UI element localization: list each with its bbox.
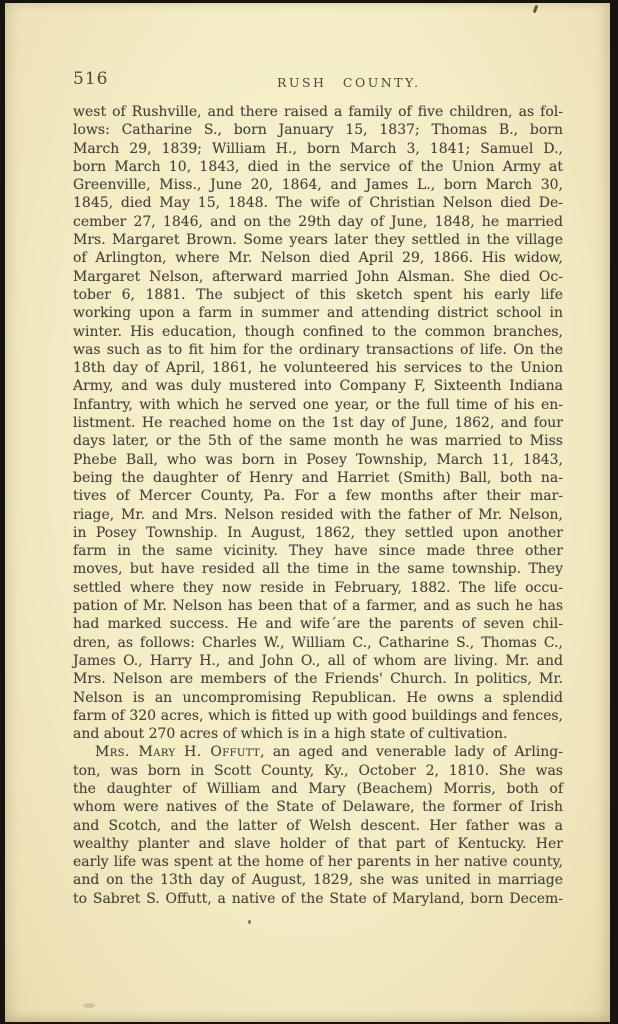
text-line: born March 10, 1843, died in the service… (73, 158, 563, 176)
scanned-book-page: 516 RUSH COUNTY. west of Rushville, and … (0, 0, 618, 1024)
page-number: 516 (73, 69, 108, 89)
ink-speck-smudge (83, 1003, 95, 1008)
text-line: moves, but have resided all the time in … (73, 560, 563, 578)
text-line: Mrs. Mary H. Offutt, an aged and venerab… (73, 743, 563, 761)
ink-speck-dot (248, 920, 251, 924)
text-line: lows: Catharine S., born January 15, 183… (73, 121, 563, 139)
text-line: Infantry, with which he served one year,… (73, 396, 563, 414)
text-line: tives of Mercer County, Pa. For a few mo… (73, 487, 563, 505)
text-line: winter. His education, though confined t… (73, 323, 563, 341)
text-line: listment. He reached home on the 1st day… (73, 414, 563, 432)
text-line: had marked success. He and wife´are the … (73, 615, 563, 633)
text-line: Army, and was duly mustered into Company… (73, 377, 563, 395)
text-line: James O., Harry H., and John O., all of … (73, 652, 563, 670)
text-line: Margaret Nelson, afterward married John … (73, 268, 563, 286)
text-line: dren, as follows: Charles W., William C.… (73, 634, 563, 652)
text-line: Phebe Ball, who was born in Posey Townsh… (73, 451, 563, 469)
text-line: ton, was born in Scott County, Ky., Octo… (73, 762, 563, 780)
text-line: the daughter of William and Mary (Beache… (73, 780, 563, 798)
text-line: and on the 13th day of August, 1829, she… (73, 871, 563, 889)
person-name-smallcaps: Mrs. Mary H. Offutt (95, 744, 260, 760)
text-line: farm in the same vicinity. They have sin… (73, 542, 563, 560)
text-line: to Sabret S. Offutt, a native of the Sta… (73, 890, 563, 908)
text-line: Mrs. Nelson are members of the Friends' … (73, 670, 563, 688)
text-line: 1845, died May 15, 1848. The wife of Chr… (73, 194, 563, 212)
text-line: being the daughter of Henry and Harriet … (73, 469, 563, 487)
paper-page: 516 RUSH COUNTY. west of Rushville, and … (5, 3, 610, 1022)
text-line: and about 270 acres of which is in a hig… (73, 725, 563, 743)
text-line: was such as to fit him for the ordinary … (73, 341, 563, 359)
text-line: in Posey Township. In August, 1862, they… (73, 524, 563, 542)
running-header-title: RUSH COUNTY. (277, 75, 421, 90)
text-line: whom were natives of the State of Delawa… (73, 798, 563, 816)
text-line: Greenville, Miss., June 20, 1864, and Ja… (73, 176, 563, 194)
ink-speck-top (533, 5, 539, 14)
text-line: working upon a farm in summer and attend… (73, 304, 563, 322)
text-line: west of Rushville, and there raised a fa… (73, 103, 563, 121)
text-line: cember 27, 1846, and on the 29th day of … (73, 213, 563, 231)
text-line: 18th day of April, 1861, he volunteered … (73, 359, 563, 377)
text-line: Mrs. Margaret Brown. Some years later th… (73, 231, 563, 249)
text-line: farm of 320 acres, which is fitted up wi… (73, 707, 563, 725)
text-block: west of Rushville, and there raised a fa… (73, 103, 563, 908)
text-line: days later, or the 5th of the same month… (73, 432, 563, 450)
text-line: tober 6, 1881. The subject of this sketc… (73, 286, 563, 304)
text-line: pation of Mr. Nelson has been that of a … (73, 597, 563, 615)
text-line: Nelson is an uncompromising Republican. … (73, 689, 563, 707)
text-line: March 29, 1839; William H., born March 3… (73, 140, 563, 158)
text-line: early life was spent at the home of her … (73, 853, 563, 871)
text-line: wealthy planter and slave holder of that… (73, 835, 563, 853)
text-line: settled where they now reside in Februar… (73, 579, 563, 597)
text-line: of Arlington, where Mr. Nelson died Apri… (73, 249, 563, 267)
text-line: riage, Mr. and Mrs. Nelson resided with … (73, 506, 563, 524)
text-line: and Scotch, and the latter of Welsh desc… (73, 817, 563, 835)
